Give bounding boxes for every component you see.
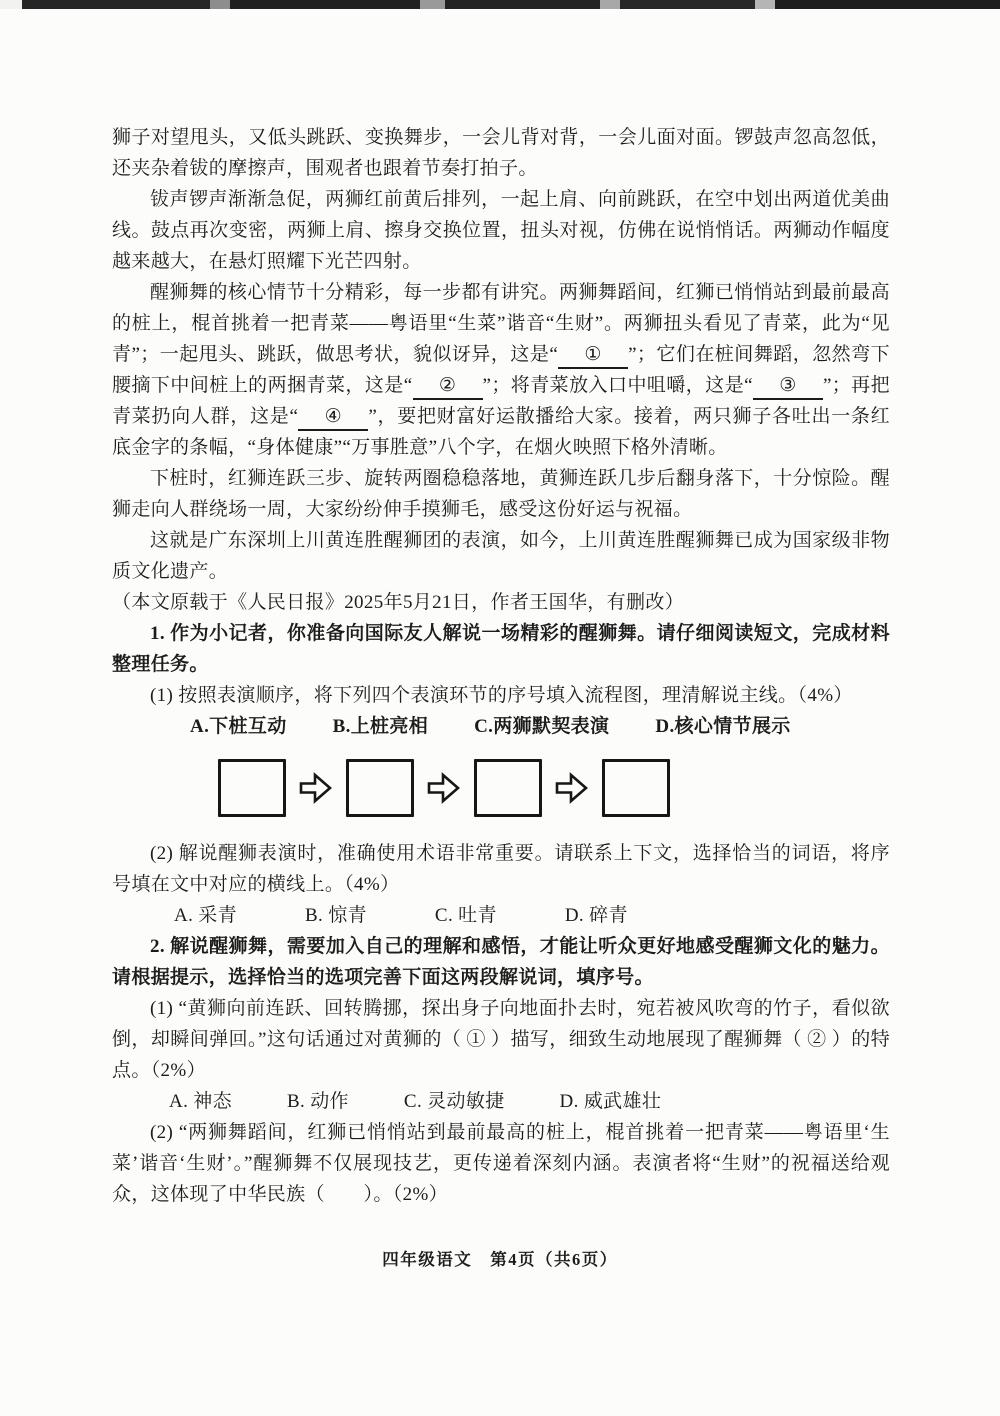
- q1-sub1-options-row: A.下桩互动 B.上桩亮相 C.两狮默契表演 D.核心情节展示: [190, 711, 890, 742]
- option-a: A. 神态: [169, 1086, 232, 1117]
- arrow-right-icon: [427, 770, 461, 806]
- flowchart-box-2: [346, 759, 414, 817]
- question-1-stem: 1. 作为小记者，你准备向国际友人解说一场精彩的醒狮舞。请仔细阅读短文，完成材料…: [112, 618, 890, 680]
- question-2-sub-1: (1) “黄狮向前连跃、回转腾挪，探出身子向地面扑去时，宛若被风吹弯的竹子，看似…: [112, 993, 890, 1086]
- passage-text: ”；将青菜放入口中咀嚼，这是“: [483, 375, 753, 396]
- blank-3: ③: [753, 373, 823, 400]
- page-content: 狮子对望甩头，又低头跳跃、变换舞步，一会儿背对背，一会儿面对面。锣鼓声忽高忽低，…: [112, 122, 890, 1210]
- flowchart: [218, 759, 890, 817]
- option-d: D.核心情节展示: [655, 711, 790, 742]
- passage-paragraph-5: 这就是广东深圳上川黄连胜醒狮团的表演，如今，上川黄连胜醒狮舞已成为国家级非物质文…: [112, 525, 890, 587]
- blank-1: ①: [558, 342, 628, 369]
- flowchart-box-1: [218, 759, 286, 817]
- arrow-right-icon: [555, 770, 589, 806]
- blank-4: ④: [298, 404, 368, 431]
- question-1-sub-1: (1) 按照表演顺序，将下列四个表演环节的序号填入流程图，理清解说主线。（4%）: [112, 680, 890, 711]
- scan-artifact-strip: [0, 0, 1000, 9]
- source-attribution-line: （本文原载于《人民日报》2025年5月21日，作者王国华，有删改）: [112, 587, 890, 618]
- page-footer: 四年级语文 第4页（共6页）: [0, 1246, 1000, 1270]
- option-c: C. 灵动敏捷: [404, 1086, 505, 1117]
- flowchart-box-4: [602, 759, 670, 817]
- option-d: D. 碎青: [565, 900, 628, 931]
- question-2-stem: 2. 解说醒狮舞，需要加入自己的理解和感悟，才能让听众更好地感受醒狮文化的魅力。…: [112, 931, 890, 993]
- arrow-right-icon: [299, 770, 333, 806]
- question-1-sub-2: (2) 解说醒狮表演时，准确使用术语非常重要。请联系上下文，选择恰当的词语，将序…: [112, 838, 890, 900]
- option-b: B.上桩亮相: [333, 711, 429, 742]
- option-c: C. 吐青: [435, 900, 497, 931]
- flowchart-box-3: [474, 759, 542, 817]
- option-b: B. 惊青: [305, 900, 367, 931]
- q1-sub2-options-row: A. 采青 B. 惊青 C. 吐青 D. 碎青: [174, 900, 890, 931]
- exam-page: 狮子对望甩头，又低头跳跃、变换舞步，一会儿背对背，一会儿面对面。锣鼓声忽高忽低，…: [0, 0, 1000, 1416]
- option-a: A. 采青: [174, 900, 237, 931]
- question-2-sub-2: (2) “两狮舞蹈间，红狮已悄悄站到最前最高的桩上，棍首挑着一把青菜——粤语里‘…: [112, 1117, 890, 1210]
- passage-paragraph-3: 醒狮舞的核心情节十分精彩，每一步都有讲究。两狮舞蹈间，红狮已悄悄站到最前最高的桩…: [112, 277, 890, 463]
- passage-paragraph-1: 狮子对望甩头，又低头跳跃、变换舞步，一会儿背对背，一会儿面对面。锣鼓声忽高忽低，…: [112, 122, 890, 184]
- passage-paragraph-2: 钹声锣声渐渐急促，两狮红前黄后排列，一起上肩、向前跳跃，在空中划出两道优美曲线。…: [112, 184, 890, 277]
- q2-sub1-options-row: A. 神态 B. 动作 C. 灵动敏捷 D. 威武雄壮: [169, 1086, 890, 1117]
- blank-2: ②: [413, 373, 483, 400]
- option-a: A.下桩互动: [190, 711, 287, 742]
- option-c: C.两狮默契表演: [474, 711, 609, 742]
- option-b: B. 动作: [287, 1086, 349, 1117]
- option-d: D. 威武雄壮: [560, 1086, 662, 1117]
- passage-paragraph-4: 下桩时，红狮连跃三步、旋转两圈稳稳落地，黄狮连跃几步后翻身落下，十分惊险。醒狮走…: [112, 463, 890, 525]
